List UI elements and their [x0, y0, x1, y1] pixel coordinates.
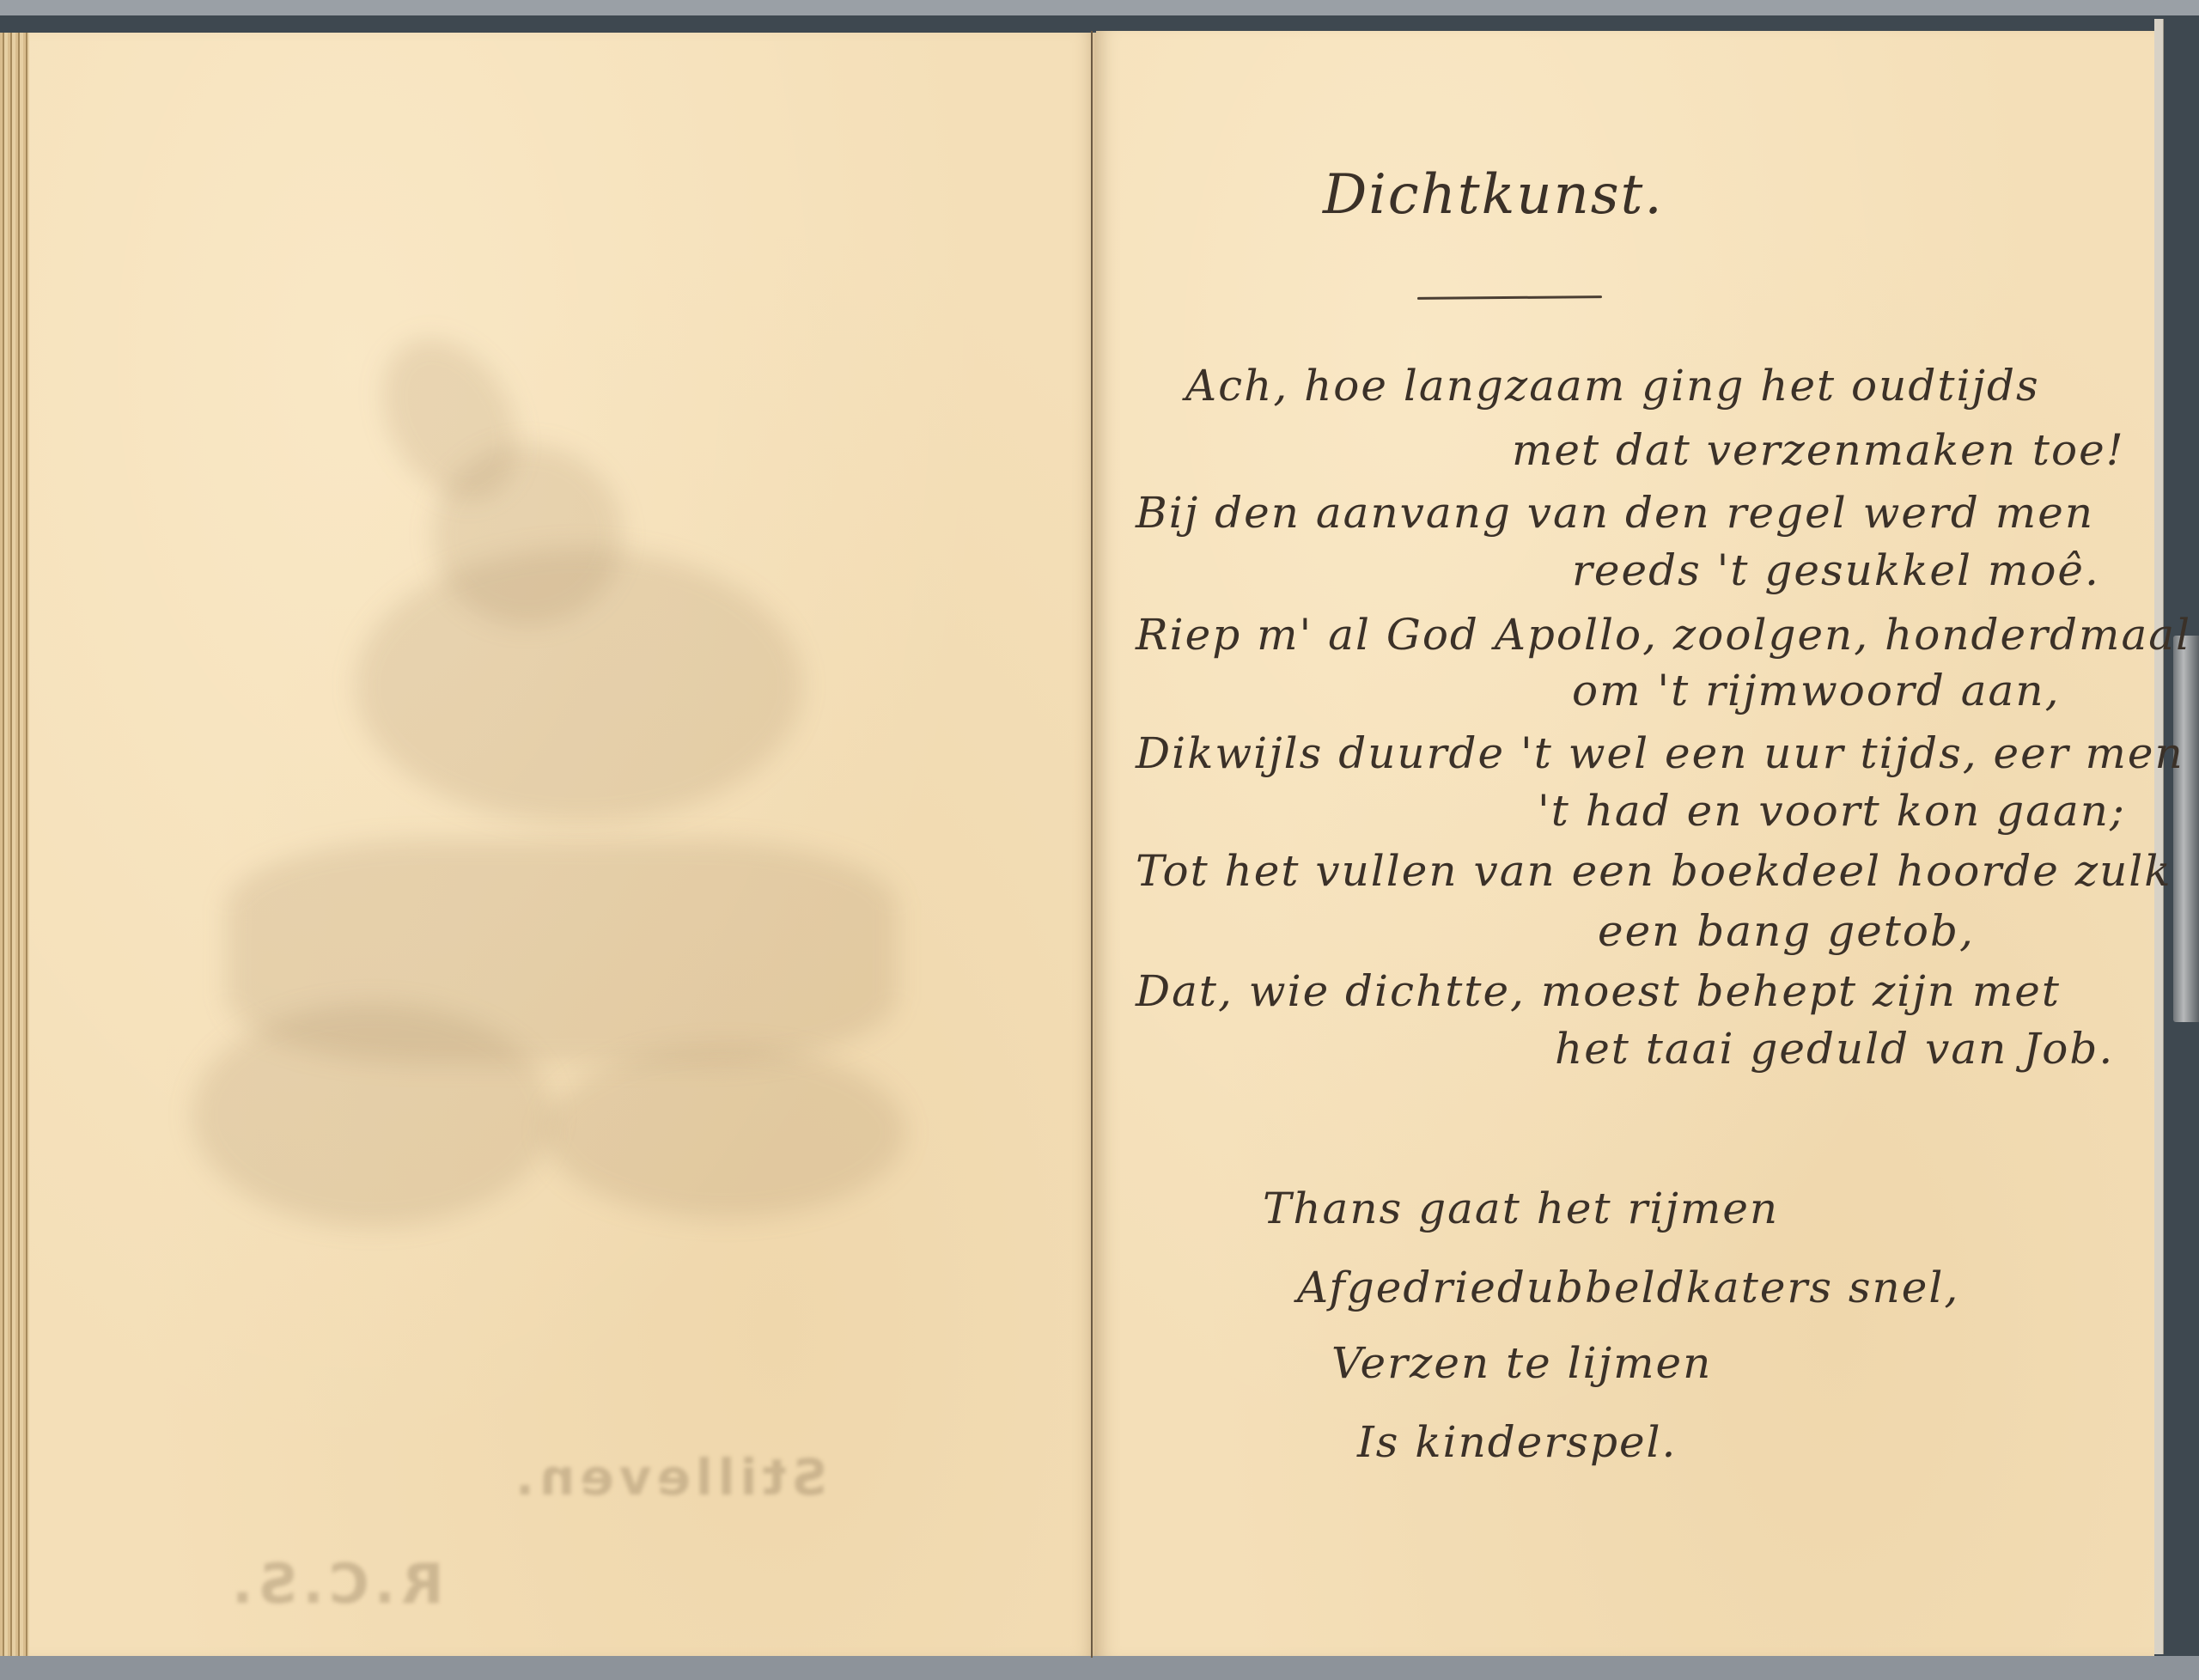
- verse-line: het taai geduld van Job.: [1555, 1024, 2114, 1074]
- verse-line: Afgedriedubbeldkaters snel,: [1297, 1263, 1959, 1312]
- left-page: Stilleven. R.C.S.: [29, 33, 1096, 1656]
- right-page: [1096, 31, 2154, 1656]
- verse-line: een bang getob,: [1598, 906, 1975, 956]
- scan-background-top: [0, 0, 2199, 15]
- right-page-edge: [2154, 19, 2164, 1654]
- stacked-page-edges: [0, 33, 29, 1656]
- verse-line: Dikwijls duurde 't wel een uur tijds, ee…: [1136, 728, 2184, 778]
- book-gutter: [1091, 31, 1093, 1658]
- scan-background-bottom: [0, 1656, 2199, 1680]
- bleed-through-title: Stilleven.: [510, 1448, 827, 1507]
- verse-line: Dat, wie dichtte, moest behept zijn met: [1136, 966, 2061, 1016]
- verse-line: met dat verzenmaken toe!: [1512, 425, 2125, 475]
- book-clasp: [2173, 636, 2199, 1022]
- verse-line: Riep m' al God Apollo, zoolgen, honderdm…: [1136, 610, 2191, 660]
- poem-title: Dichtkunst.: [1323, 163, 1664, 227]
- verse-line: Is kinderspel.: [1357, 1417, 1677, 1467]
- ghost-lower-right: [545, 1046, 905, 1218]
- verse-line: Bij den aanvang van den regel werd men: [1136, 488, 2094, 538]
- verse-line: reeds 't gesukkel moê.: [1572, 545, 2100, 595]
- ghost-lower-left: [192, 1003, 553, 1227]
- verse-line: Ach, hoe langzaam ging het oudtijds: [1185, 361, 2040, 411]
- verse-line: Verzen te lijmen: [1331, 1338, 1712, 1388]
- verse-line: 't had en voort kon gaan;: [1538, 786, 2126, 836]
- ghost-figure-body: [356, 548, 802, 823]
- verse-line: Tot het vullen van een boekdeel hoorde z…: [1136, 846, 2172, 896]
- verse-line: Thans gaat het rijmen: [1263, 1184, 1779, 1233]
- bleed-through-initials: R.C.S.: [227, 1553, 443, 1616]
- verse-line: om 't rijmwoord aan,: [1572, 666, 2060, 715]
